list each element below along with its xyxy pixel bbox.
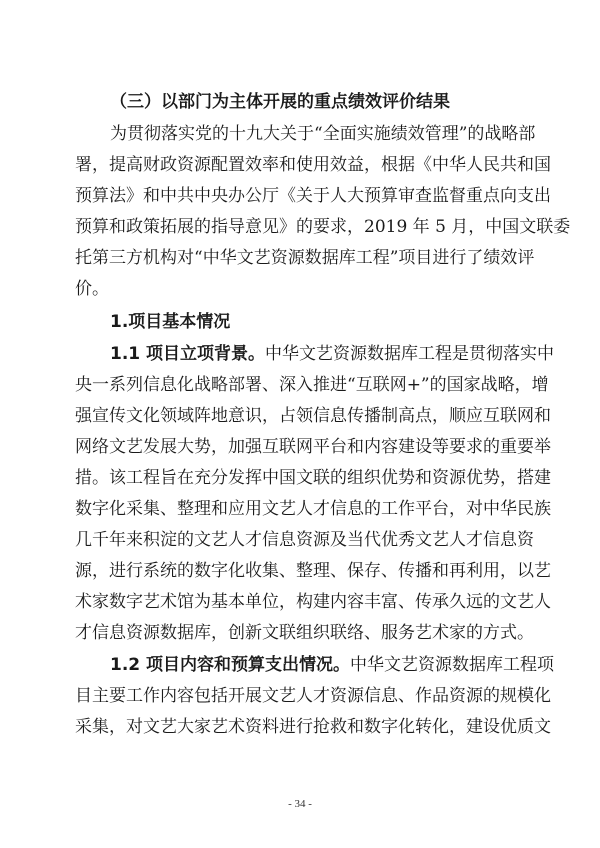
section-heading: （三）以部门为主体开展的重点绩效评价结果 bbox=[110, 91, 527, 113]
paragraph-first-line: 1.2 项目内容和预算支出情况。中华文艺资源数据库工程项 bbox=[110, 654, 527, 676]
paragraph-line: 目主要工作内容包括开展文艺人才资源信息、作品资源的规模化 bbox=[75, 685, 527, 707]
paragraph-line: 托第三方机构对“中华文艺资源数据库工程”项目进行了绩效评 bbox=[75, 247, 527, 269]
first-line-rest: 中华文艺资源数据库工程是贯彻落实中 bbox=[265, 344, 554, 364]
paragraph-line: 预算和政策拓展的指导意见》的要求，2019 年 5 月，中国文联委 bbox=[75, 216, 527, 238]
paragraph-line: 措。该工程旨在充分发挥中国文联的组织优势和资源优势，搭建 bbox=[75, 467, 527, 489]
paragraph-line: 数字化采集、整理和应用文艺人才信息的工作平台，对中华民族 bbox=[75, 498, 527, 520]
paragraph-line: 几千年来积淀的文艺人才信息资源及当代优秀文艺人才信息资 bbox=[75, 529, 527, 551]
subheading: 1.项目基本情况 bbox=[110, 311, 527, 333]
bold-lead: 1.1 项目立项背景。 bbox=[110, 344, 265, 364]
paragraph-line: 术家数字艺术馆为基本单位，构建内容丰富、传承久远的文艺人 bbox=[75, 591, 527, 613]
bold-lead: 1.2 项目内容和预算支出情况。 bbox=[110, 655, 350, 675]
first-line-rest: 中华文艺资源数据库工程项 bbox=[350, 655, 554, 675]
document-page: （三）以部门为主体开展的重点绩效评价结果 为贯彻落实党的十九大关于“全面实施绩效… bbox=[0, 0, 600, 848]
paragraph-line: 价。 bbox=[75, 278, 527, 300]
paragraph-line: 采集，对文艺大家艺术资料进行抢救和数字化转化，建设优质文 bbox=[75, 716, 527, 738]
paragraph-line: 预算法》和中共中央办公厅《关于人大预算审查监督重点向支出 bbox=[75, 185, 527, 207]
paragraph-line: 央一系列信息化战略部署、深入推进“互联网+”的国家战略，增 bbox=[75, 374, 527, 396]
paragraph-line: 源，进行系统的数字化收集、整理、保存、传播和再利用，以艺 bbox=[75, 560, 527, 582]
paragraph-line: 才信息资源数据库，创新文联组织联络、服务艺术家的方式。 bbox=[75, 622, 527, 644]
page-number: - 34 - bbox=[0, 798, 600, 810]
paragraph-line: 强宣传文化领域阵地意识，占领信息传播制高点，顺应互联网和 bbox=[75, 405, 527, 427]
paragraph-line: 署，提高财政资源配置效率和使用效益，根据《中华人民共和国 bbox=[75, 154, 527, 176]
paragraph-line: 为贯彻落实党的十九大关于“全面实施绩效管理”的战略部 bbox=[110, 123, 527, 145]
paragraph-line: 网络文艺发展大势，加强互联网平台和内容建设等要求的重要举 bbox=[75, 436, 527, 458]
paragraph-first-line: 1.1 项目立项背景。中华文艺资源数据库工程是贯彻落实中 bbox=[110, 343, 527, 365]
